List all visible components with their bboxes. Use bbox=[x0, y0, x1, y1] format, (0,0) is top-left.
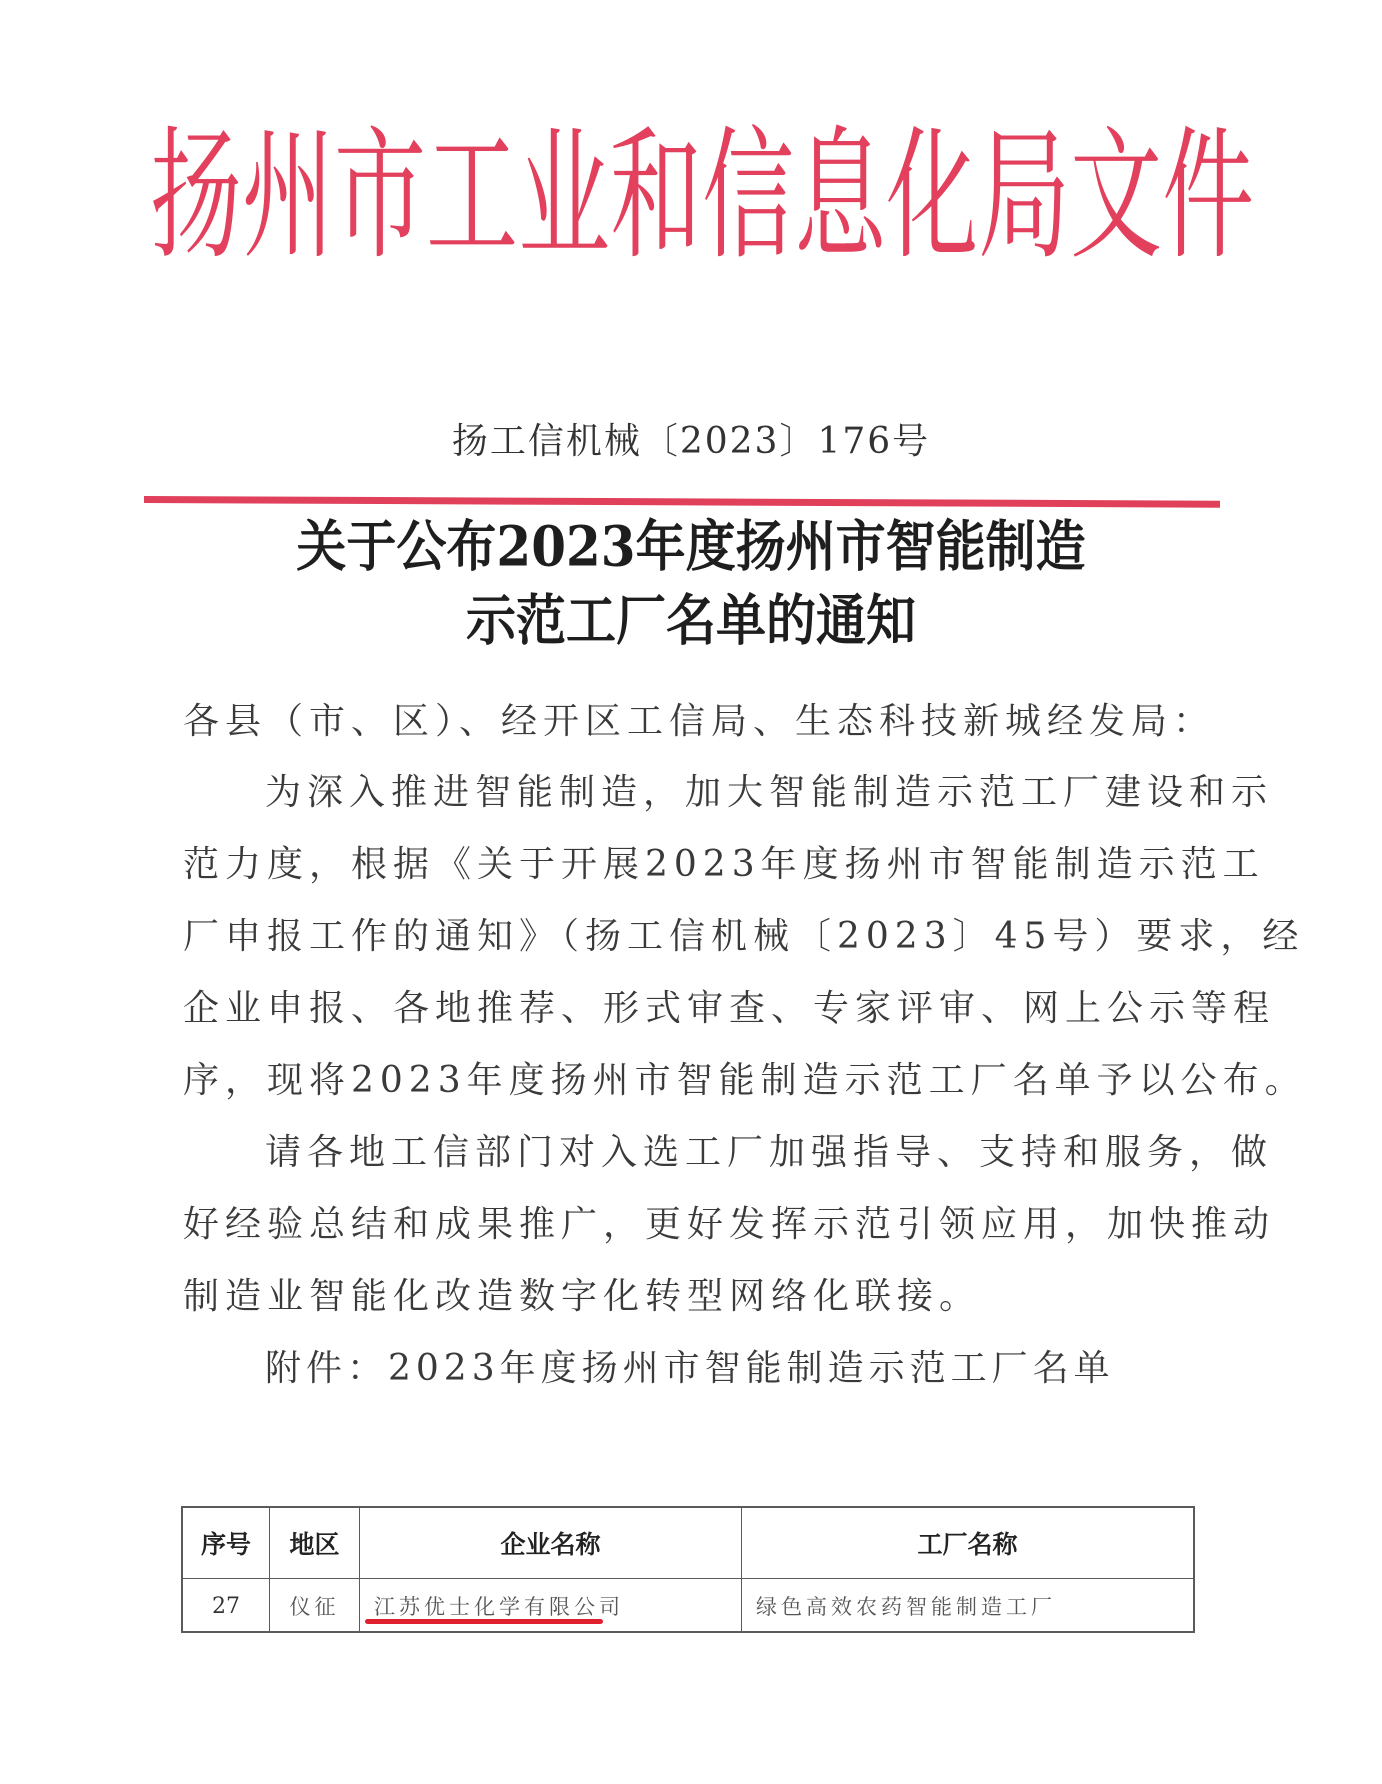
paragraph-2-line: 好经验总结和成果推广，更好发挥示范引领应用，加快推动 bbox=[183, 1203, 1195, 1247]
masthead-char: 文 bbox=[1070, 126, 1162, 269]
table-header-company: 企业名称 bbox=[360, 1508, 742, 1579]
table-cell-region: 仪征 bbox=[270, 1579, 360, 1633]
paragraph-1-line: 企业申报、各地推荐、形式审查、专家评审、网上公示等程 bbox=[183, 987, 1195, 1031]
attachment-note: 附件：2023年度扬州市智能制造示范工厂名单 bbox=[265, 1347, 1115, 1391]
masthead-char: 和 bbox=[610, 126, 702, 269]
document-title: 关于公布2023年度扬州市智能制造 示范工厂名单的通知 bbox=[0, 510, 1382, 658]
masthead-char: 扬 bbox=[150, 126, 242, 269]
masthead-char: 市 bbox=[334, 126, 426, 269]
table-header-region: 地区 bbox=[270, 1508, 360, 1579]
title-line-2: 示范工厂名单的通知 bbox=[0, 580, 1382, 661]
masthead-char: 化 bbox=[886, 126, 978, 269]
document-number: 扬工信机械〔2023〕176号 bbox=[0, 420, 1382, 464]
salutation: 各县（市、区）、经开区工信局、生态科技新城经发局： bbox=[183, 700, 1195, 744]
paragraph-2-line: 制造业智能化改造数字化转型网络化联接。 bbox=[183, 1275, 1195, 1319]
masthead-char: 信 bbox=[702, 126, 794, 269]
masthead-char: 件 bbox=[1162, 126, 1254, 269]
table-cell-factory: 绿色高效农药智能制造工厂 bbox=[742, 1579, 1193, 1633]
factory-list-table: 序号 地区 企业名称 工厂名称 27 仪征 江苏优士化学有限公司 绿色高效农药智… bbox=[181, 1506, 1195, 1633]
table-cell-number: 27 bbox=[183, 1579, 270, 1633]
table-cell-company: 江苏优士化学有限公司 bbox=[360, 1579, 742, 1633]
paragraph-2-line: 请各地工信部门对入选工厂加强指导、支持和服务，做 bbox=[183, 1131, 1195, 1175]
company-highlight-underline bbox=[365, 1619, 603, 1624]
masthead-char: 州 bbox=[242, 126, 334, 269]
masthead-char: 工 bbox=[426, 126, 518, 269]
title-line-1: 关于公布2023年度扬州市智能制造 bbox=[0, 506, 1382, 587]
paragraph-1-line: 为深入推进智能制造，加大智能制造示范工厂建设和示 bbox=[183, 771, 1195, 815]
table-header-number: 序号 bbox=[183, 1508, 270, 1579]
paragraph-1-line: 厂申报工作的通知》（扬工信机械〔2023〕45号）要求，经 bbox=[183, 915, 1195, 959]
masthead-char: 业 bbox=[518, 126, 610, 269]
paragraph-1-line: 范力度，根据《关于开展2023年度扬州市智能制造示范工 bbox=[183, 843, 1195, 887]
paragraph-1-line: 序，现将2023年度扬州市智能制造示范工厂名单予以公布。 bbox=[183, 1059, 1195, 1103]
table-header-factory: 工厂名称 bbox=[742, 1508, 1193, 1579]
masthead-title: 扬 州 市 工 业 和 信 息 化 局 文 件 bbox=[150, 112, 1220, 282]
masthead-char: 局 bbox=[978, 126, 1070, 269]
masthead-char: 息 bbox=[794, 126, 886, 269]
